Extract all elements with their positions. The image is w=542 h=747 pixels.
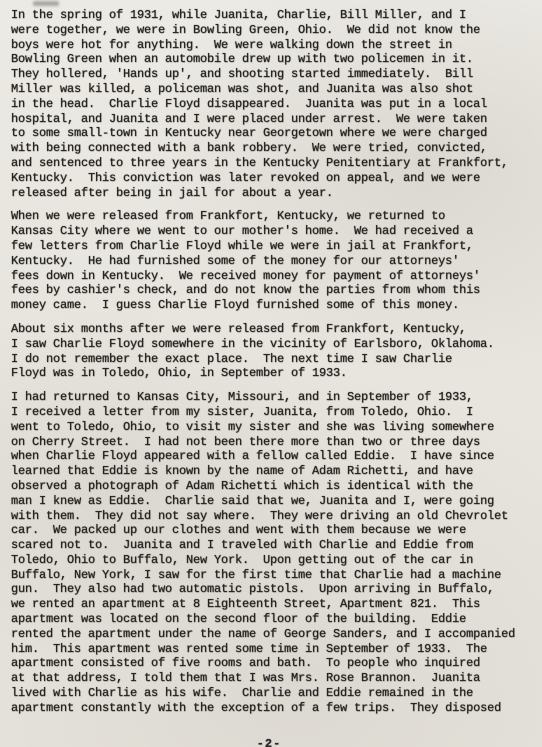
page-number: -2-	[257, 737, 282, 747]
top-edge-ink-smudge	[33, 1, 59, 6]
document-page: In the spring of 1931, while Juanita, Ch…	[0, 0, 542, 747]
paragraph-1: In the spring of 1931, while Juanita, Ch…	[11, 8, 538, 200]
paragraph-3: About six months after we were released …	[11, 322, 538, 381]
page-text-block: In the spring of 1931, while Juanita, Ch…	[11, 8, 538, 725]
paragraph-2: When we were released from Frankfort, Ke…	[11, 209, 538, 313]
paragraph-4: I had returned to Kansas City, Missouri,…	[11, 390, 538, 716]
